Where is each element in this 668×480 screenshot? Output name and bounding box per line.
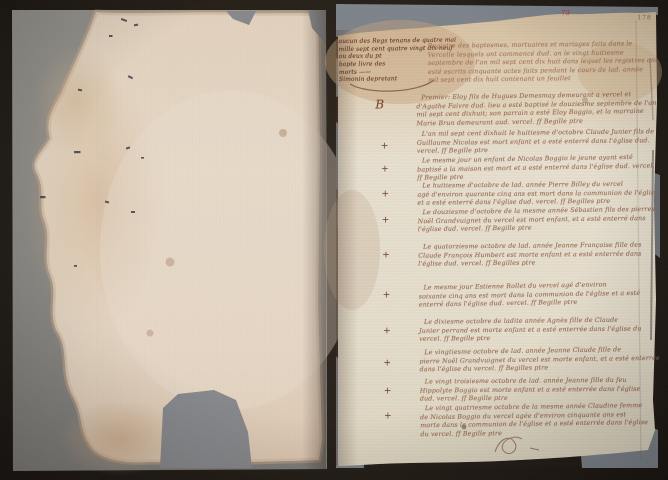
manuscript-artwork bbox=[0, 0, 668, 480]
grain-overlay bbox=[0, 0, 668, 480]
scanned-register-spread: 73 178 aucun des Regs tenans de quatre m… bbox=[0, 0, 668, 480]
